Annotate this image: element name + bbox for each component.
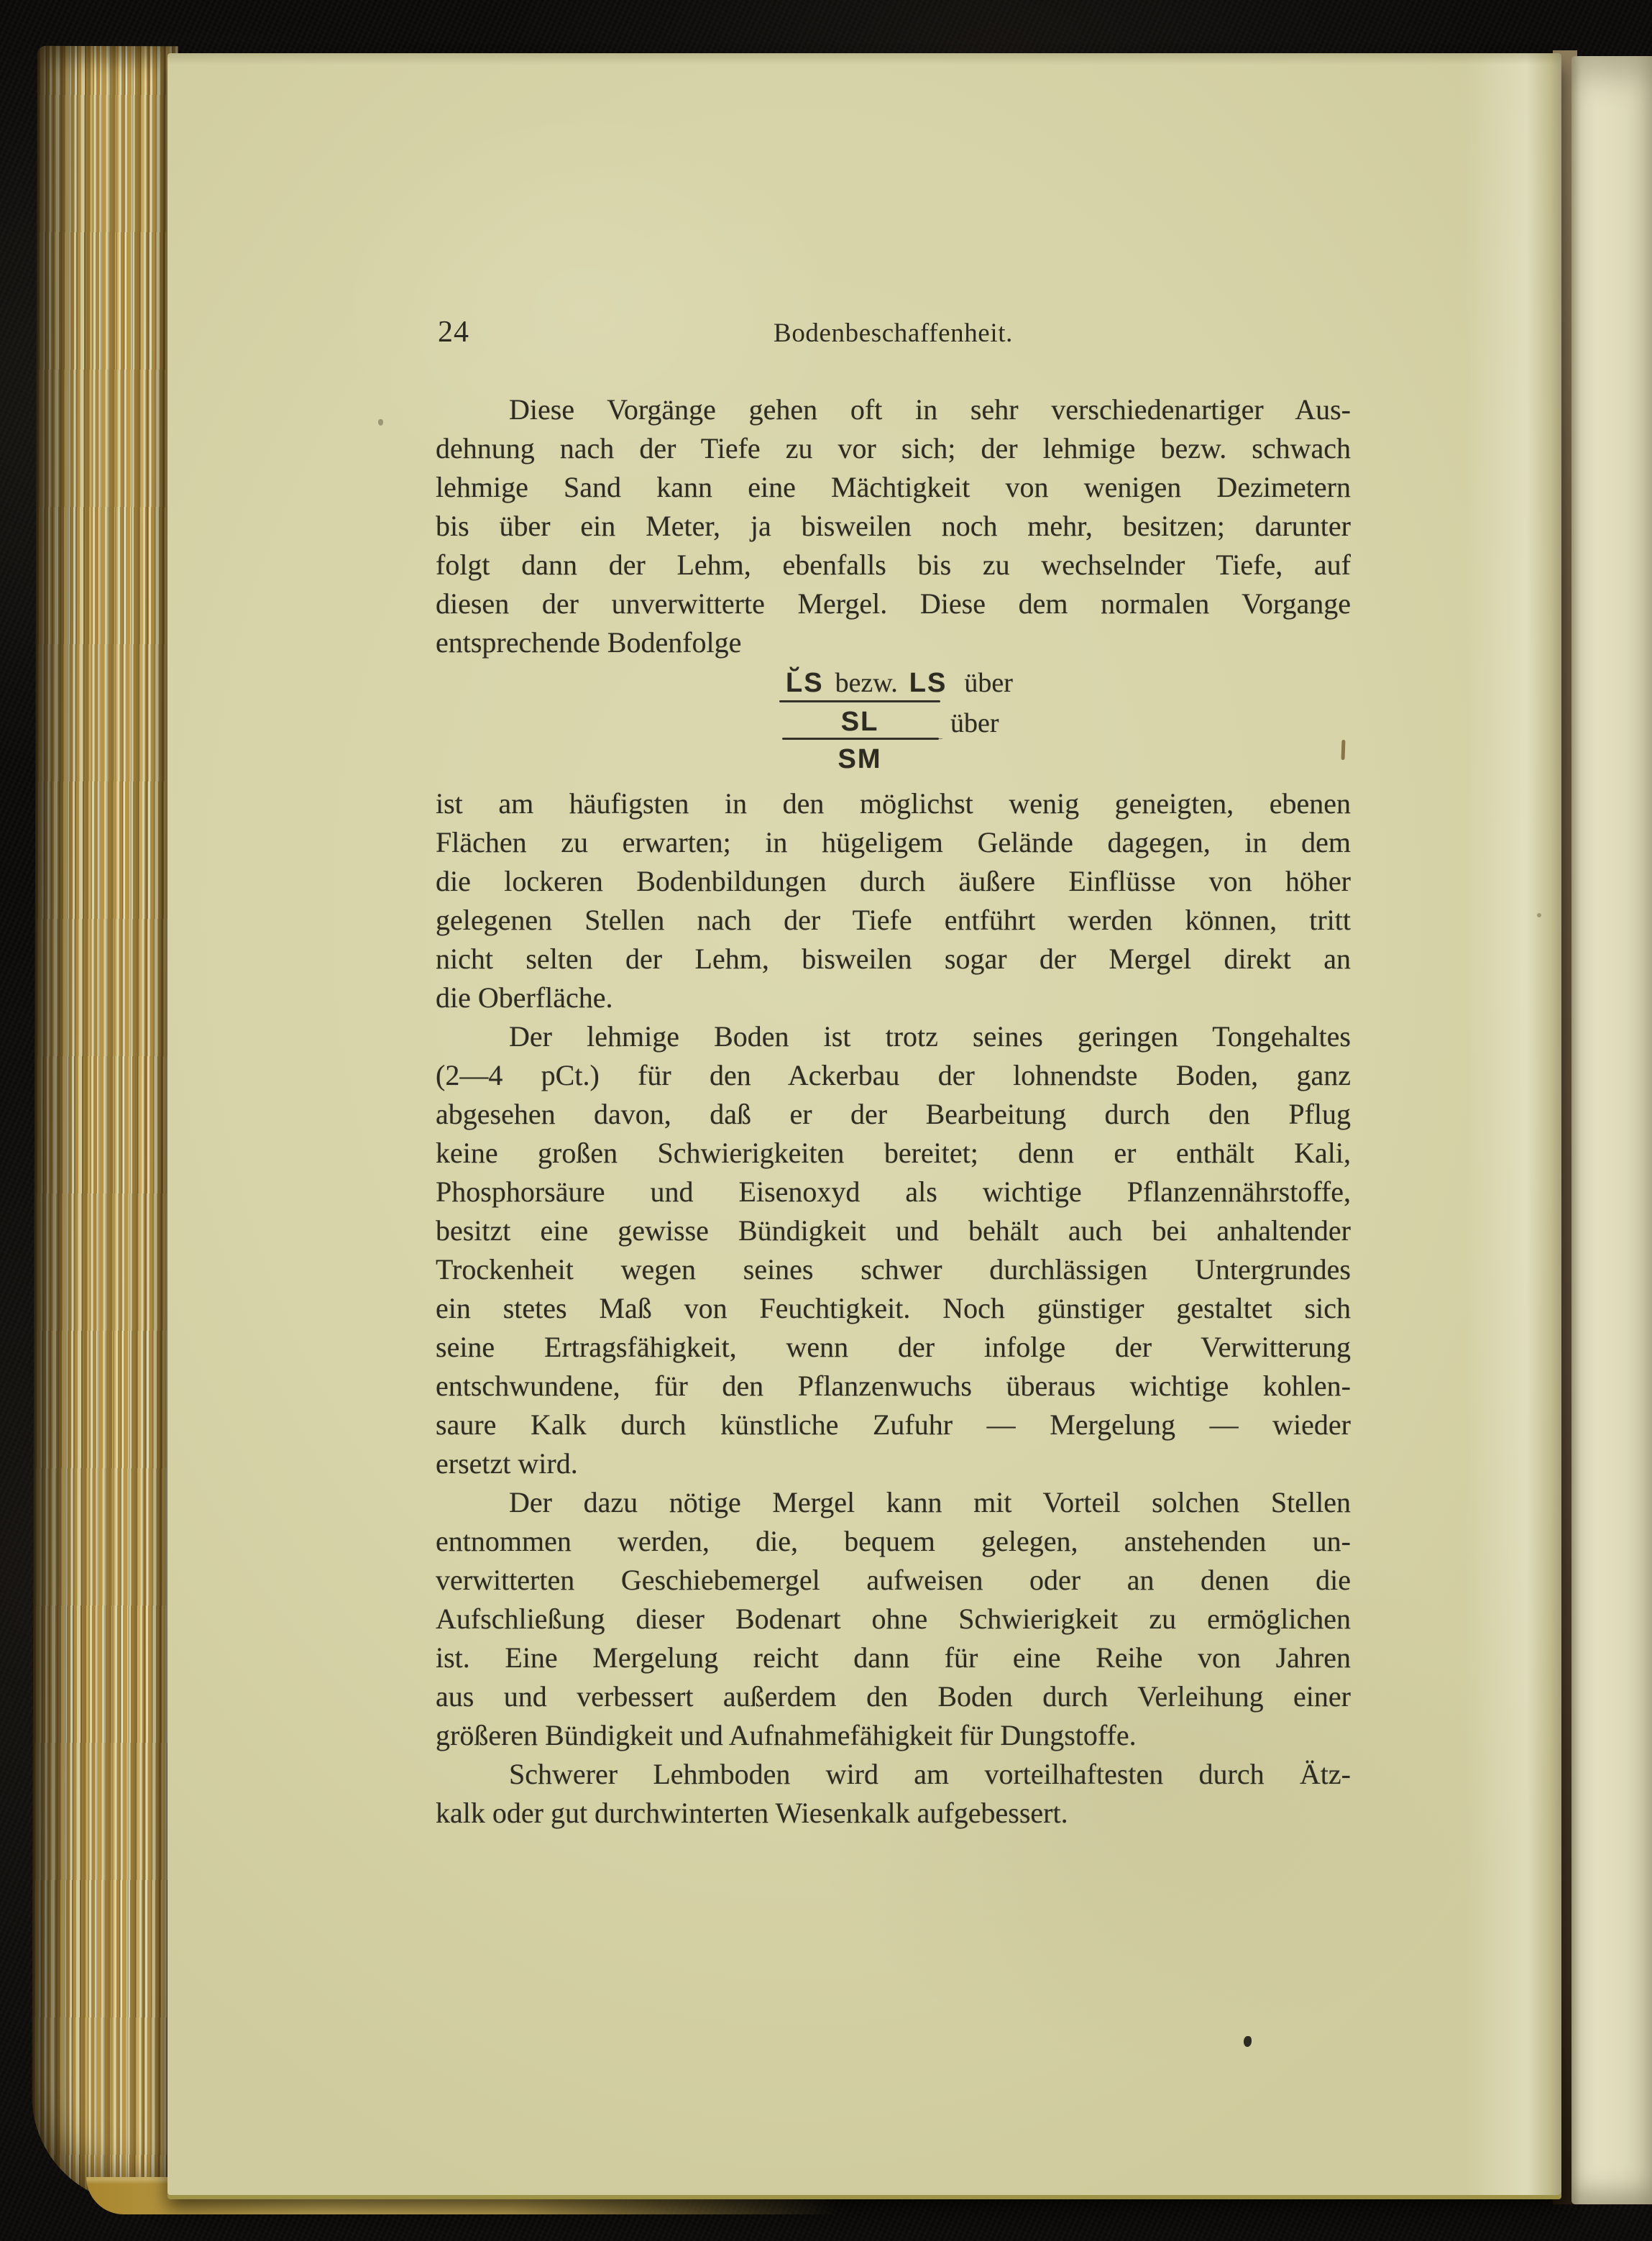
paragraph-block-2: ist am häufigsten in den möglichst wenig… bbox=[436, 784, 1351, 1833]
text-line: (2—4 pCt.) für den Ackerbau der lohnends… bbox=[436, 1056, 1351, 1095]
text-line: nicht selten der Lehm, bisweilen sogar d… bbox=[436, 940, 1351, 979]
text-line: verwitterten Geschiebemergel aufweisen o… bbox=[436, 1561, 1351, 1600]
formula-term-ls-breve: L̆S bbox=[786, 668, 824, 698]
text-line: saure Kalk durch künstliche Zufuhr — Mer… bbox=[436, 1406, 1351, 1444]
text-line: abgesehen davon, daß er der Bearbeitung … bbox=[436, 1095, 1351, 1134]
text-line: seine Ertragsfähigkeit, wenn der infolge… bbox=[436, 1328, 1351, 1367]
text-line: entnommen werden, die, bequem gelegen, a… bbox=[436, 1522, 1351, 1561]
page-edge-stack bbox=[32, 46, 178, 2204]
text-line: die Oberfläche. bbox=[436, 979, 1351, 1017]
text-line: diesen der unverwitterte Mergel. Diese d… bbox=[436, 585, 1351, 623]
text-line: Aufschließung dieser Bodenart ohne Schwi… bbox=[436, 1600, 1351, 1639]
text-line: gelegenen Stellen nach der Tiefe entführ… bbox=[436, 901, 1351, 940]
text-line: Trockenheit wegen seines schwer durchläs… bbox=[436, 1250, 1351, 1289]
next-page-edge bbox=[1571, 56, 1652, 2204]
text-line: Phosphorsäure und Eisenoxyd als wichtige… bbox=[436, 1173, 1351, 1211]
running-head: Bodenbeschaffenheit. bbox=[436, 318, 1351, 349]
paragraph-block-1: Diese Vorgänge gehen oft in sehr verschi… bbox=[436, 390, 1351, 662]
text-line: bis über ein Meter, ja bisweilen noch me… bbox=[436, 507, 1351, 546]
text-line: keine großen Schwierigkeiten bereitet; d… bbox=[436, 1134, 1351, 1173]
text-line: größeren Bündigkeit und Aufnahmefähigkei… bbox=[436, 1716, 1351, 1755]
dust-speck bbox=[378, 419, 383, 426]
text-line: aus und verbessert außerdem den Boden du… bbox=[436, 1677, 1351, 1716]
text-line: ist. Eine Mergelung reicht dann für eine… bbox=[436, 1639, 1351, 1677]
text-line: Der lehmige Boden ist trotz seines gerin… bbox=[436, 1017, 1351, 1056]
text-line: die lockeren Bodenbildungen durch äußere… bbox=[436, 862, 1351, 901]
text-column: Diese Vorgänge gehen oft in sehr verschi… bbox=[436, 390, 1351, 1833]
text-line: folgt dann der Lehm, ebenfalls bis zu we… bbox=[436, 546, 1351, 585]
scanned-book-photo: { "page": { "number": "24", "running_hea… bbox=[0, 0, 1652, 2241]
formula-term-sl: SL bbox=[779, 702, 940, 741]
text-line: ist am häufigsten in den möglichst wenig… bbox=[436, 784, 1351, 823]
text-line: besitzt eine gewisse Bündigkeit und behä… bbox=[436, 1211, 1351, 1250]
text-line: ersetzt wird. bbox=[436, 1444, 1351, 1483]
dust-speck bbox=[1537, 913, 1541, 917]
text-line: Schwerer Lehmboden wird am vorteilhaftes… bbox=[436, 1755, 1351, 1794]
ink-speck bbox=[1244, 2036, 1252, 2047]
ink-mark bbox=[1341, 740, 1346, 760]
text-line: Flächen zu erwarten; in hügeligem Geländ… bbox=[436, 823, 1351, 862]
formula-ueber-label-2: über bbox=[950, 704, 999, 743]
formula-term-ls: LS bbox=[909, 668, 947, 698]
text-line: dehnung nach der Tiefe zu vor sich; der … bbox=[436, 429, 1351, 468]
book-page: 24 Bodenbeschaffenheit. Diese Vorgänge g… bbox=[168, 53, 1561, 2195]
text-line: entsprechende Bodenfolge bbox=[436, 623, 1351, 662]
formula-bezw-label: bezw. bbox=[835, 668, 898, 698]
text-line: ein stetes Maß von Feuchtigkeit. Noch gü… bbox=[436, 1289, 1351, 1328]
soil-sequence-formula: L̆Sbezw.LSüber SL über SM bbox=[436, 666, 1351, 771]
formula-ueber-label-1: über bbox=[964, 668, 1013, 698]
formula-term-sm: SM bbox=[779, 740, 940, 779]
text-line: lehmige Sand kann eine Mächtigkeit von w… bbox=[436, 468, 1351, 507]
text-line: kalk oder gut durchwinterten Wiesenkalk … bbox=[436, 1794, 1351, 1833]
formula-line-1: L̆Sbezw.LSüber bbox=[786, 664, 1013, 702]
text-line: Diese Vorgänge gehen oft in sehr verschi… bbox=[436, 390, 1351, 429]
text-line: Der dazu nötige Mergel kann mit Vorteil … bbox=[436, 1483, 1351, 1522]
text-line: entschwundene, für den Pflanzenwuchs übe… bbox=[436, 1367, 1351, 1406]
